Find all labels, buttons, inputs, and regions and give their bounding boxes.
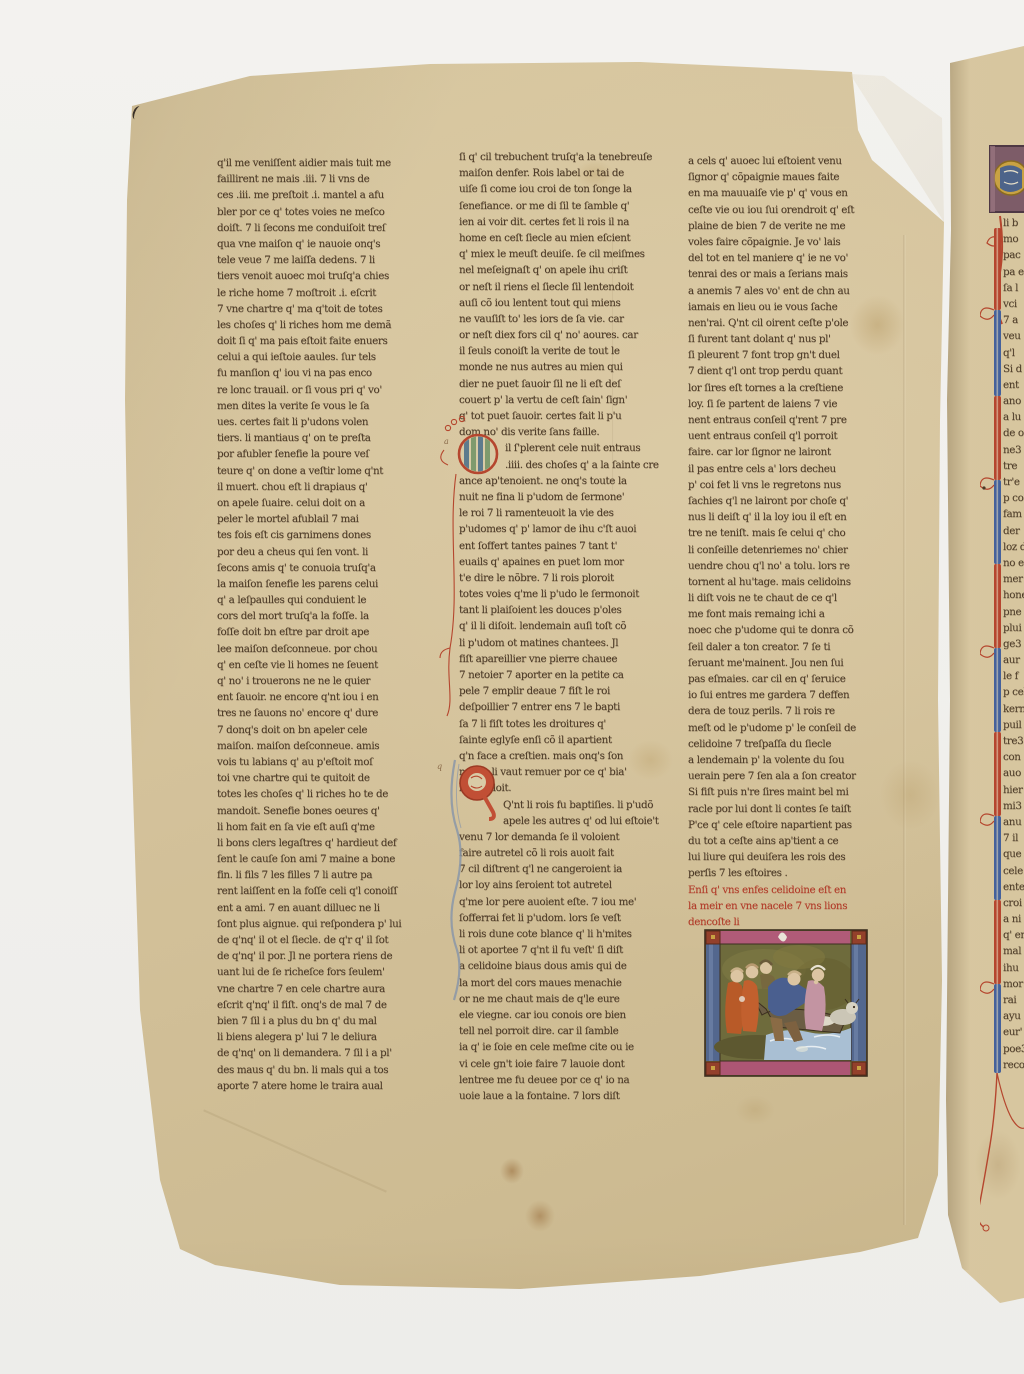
text-line: tiers. li mantiaus q' on te preſta bbox=[217, 430, 455, 446]
text-line: iamais en lieu ou ie vous ſache bbox=[688, 299, 920, 315]
text-line: or neſt diex fors cil q' no' aoures. car bbox=[459, 327, 685, 343]
text-line: tiers venoit auoec moi truſq'a chies bbox=[217, 268, 455, 284]
figure-red bbox=[741, 980, 759, 1032]
text-line: io ſui entres me gardera 7 deffen bbox=[688, 687, 920, 703]
text-line: dera de touz perils. 7 li rois re bbox=[688, 703, 920, 719]
text-line: vi cele gn't ioie faire 7 lauoie dont bbox=[459, 1056, 685, 1072]
text-line: perſis 7 les eſtoires . bbox=[688, 865, 920, 881]
text-line: des maus q' du bn. li mals qui a tos bbox=[217, 1062, 455, 1078]
text-line: ſainte eglyſe enſi cõ il apartient bbox=[459, 732, 685, 748]
figure-woman-pink bbox=[804, 980, 825, 1031]
text-line: de q'nq' on li demandera. 7 ſil i a pl' bbox=[217, 1045, 455, 1061]
q-tail bbox=[484, 796, 494, 819]
text-line: lor ſires eſt tornes a la creſtiene bbox=[688, 380, 920, 396]
text-line: faillirent ne mais .iii. 7 li vns de bbox=[217, 171, 455, 187]
text-line: or neſt il riens el ſiecle ſil lentendoi… bbox=[459, 279, 685, 295]
text-line: ſignor q' cõpaignie maues faite bbox=[688, 169, 920, 185]
text-line: ſeil daler a ton creator. 7 ſe ti bbox=[688, 639, 920, 655]
text-line: dier ne puet ſauoir ſil ne li eſt deſ bbox=[459, 376, 685, 392]
decorated-initial-q bbox=[444, 756, 500, 1011]
text-line: rent laiſſent en la foſſe celi q'l conoi… bbox=[217, 883, 455, 899]
text-line: celui a qui ieſtoie aaules. ſur tels bbox=[217, 349, 455, 365]
text-line: ſachies q'l ne lairont por choſe q' bbox=[688, 493, 920, 509]
text-line: il pas entre cels a' lors decheu bbox=[688, 461, 920, 477]
text-line: tele veue 7 me laiſſa dedens. 7 li bbox=[217, 252, 455, 268]
text-line: q' a leſpaulles qui conduient le bbox=[217, 592, 455, 608]
text-line: ues. certes fait li p'udons volen bbox=[217, 414, 455, 430]
text-line: nent entraus conſeil q'rent 7 pre bbox=[688, 412, 920, 428]
text-line: la maiſon ſenefie les parens celui bbox=[217, 576, 455, 592]
bar-bottom-flourish bbox=[980, 1073, 1024, 1231]
text-line: plaine de bien 7 de verite ne me bbox=[688, 218, 920, 234]
text-line: por afubler ſenefie la poure veſ bbox=[217, 446, 455, 462]
adjacent-folio-border-bar bbox=[980, 138, 1024, 1268]
text-line: ſi q' cil trebuchent truſq'a la tenebreu… bbox=[459, 149, 685, 165]
text-line: mandoit. Senefie bones oeures q' bbox=[217, 803, 455, 819]
text-line: bler por ce q' totes voies ne meſco bbox=[217, 204, 455, 220]
text-line: li hom fait en ſa vie eſt auſi q'me bbox=[217, 819, 455, 835]
text-line: lentree me fu deuee por ce q' io na bbox=[459, 1072, 685, 1088]
text-line: le riche home 7 moſtroit .i. eſcrit bbox=[217, 285, 455, 301]
text-line: eſcrit q'nq' il fiſt. onq's de mal 7 de bbox=[217, 997, 455, 1013]
text-line: ceſte vie ou iou ſui orendroit q' eſt bbox=[688, 202, 920, 218]
text-line: q' en ceſte vie li homes ne ſeuent bbox=[217, 657, 455, 673]
figure-orange bbox=[725, 982, 744, 1034]
text-line: del tot en tel maniere q' ie ne vo' bbox=[688, 250, 920, 266]
text-line: me font mais remaing ichi a bbox=[688, 606, 920, 622]
text-line: de q'nq' il por. Jl ne portera riens de bbox=[217, 948, 455, 964]
text-line: uendre chou q'l no' a tolu. lors re bbox=[688, 558, 920, 574]
text-line: fin. li fils 7 les filles 7 li autre pa bbox=[217, 867, 455, 883]
text-line: nen'rai. Q'nt cil oirent ceſte p'ole bbox=[688, 315, 920, 331]
text-line: li diſt vois ne te chaut de ce q'l bbox=[688, 590, 920, 606]
rubric: Enſi q' vns enfes celidoine eſt enla mei… bbox=[688, 882, 920, 931]
text-line: racle por lui dont li contes ſe taiſt bbox=[688, 801, 920, 817]
text-line: 7 dient q'l ont trop perdu quant bbox=[688, 363, 920, 379]
text-line: p' coi fet li vns le regretons nus bbox=[688, 477, 920, 493]
text-line: couert p' la vertu de ceſt ſain' ſign' bbox=[459, 392, 685, 408]
text-line: li conſeille detenriemes no' chier bbox=[688, 542, 920, 558]
text-line: foſſe doit bn eſtre par droit ape bbox=[217, 624, 455, 640]
text-line: on apele ſuaire. celui doit on a bbox=[217, 495, 455, 511]
text-line: Si fiſt puis n're ſires maint bel mi bbox=[688, 784, 920, 800]
text-line: il muert. chou eſt li drapiaus q' bbox=[217, 479, 455, 495]
text-line: de q'nq' il ot el ſiecle. de q'r q' il ſ… bbox=[217, 932, 455, 948]
text-line: ien ai voir dit. certes fet li rois il n… bbox=[459, 214, 685, 230]
frame-bottom-band bbox=[720, 1061, 850, 1075]
text-line: qua vne maiſon q' ie nauoie onq's bbox=[217, 236, 455, 252]
text-line: por deu a cheus qui ſen vont. li bbox=[217, 544, 455, 560]
text-line: li biens alegera p' lui 7 le deliura bbox=[217, 1029, 455, 1045]
decorated-initial-m bbox=[438, 412, 508, 722]
text-line: men dites la verite ſe vous le ſa bbox=[217, 398, 455, 414]
text-line: uiſe ſi come iou croi de ton ſonge la bbox=[459, 181, 685, 197]
text-line: loy. ſi ſe partent de laiens 7 vie bbox=[688, 396, 920, 412]
text-column-1: q'il me veniſſent aidier mais tuit mefai… bbox=[217, 155, 455, 1094]
text-line: doit ſi q' ma pais eſtoit faite enuers bbox=[217, 333, 455, 349]
text-line: uent entraus conſeil q'l porroit bbox=[688, 428, 920, 444]
text-column-3: a cels q' auoec lui eſtoient venuſignor … bbox=[688, 153, 920, 881]
text-line: aporte 7 atere home le traira aual bbox=[217, 1078, 455, 1094]
ink-speck bbox=[982, 486, 985, 489]
text-line: vne chartre 7 en cele chartre aura bbox=[217, 981, 455, 997]
text-line: cors del mort truſq'a la foſſe. la bbox=[217, 608, 455, 624]
text-line: a cels q' auoec lui eſtoient venu bbox=[688, 153, 920, 169]
text-line: a lendemain p' la volente du ſou bbox=[688, 752, 920, 768]
text-line: doiſt. 7 li ſecons me conduiſoit treſ bbox=[217, 220, 455, 236]
text-line: en ma mauuaiſe vie p' q' vous en bbox=[688, 185, 920, 201]
text-line: tre ne teniſt. mais ſe celui q' cho bbox=[688, 525, 920, 541]
text-line: toi vne chartre qui te quitoit de bbox=[217, 770, 455, 786]
text-line: nus li deiſt q' il la loy iou il eſt en bbox=[688, 509, 920, 525]
text-line: ia q' ie ſoie en cele meſme cite ou ie bbox=[459, 1039, 685, 1055]
text-line: ces .iii. me preſtoit .i. mantel a afu bbox=[217, 187, 455, 203]
text-line: maiſon denfer. Rois label or tai de bbox=[459, 165, 685, 181]
bar-pen-curls bbox=[980, 308, 994, 993]
text-line: voles faire cõpaignie. Je vo' lais bbox=[688, 234, 920, 250]
text-line: home en ceſt ſiecle au mien eſcient bbox=[459, 230, 685, 246]
text-line: faire. car lor ſignor ne lairont bbox=[688, 444, 920, 460]
text-line: P'ce q' cele eſtoire napartient pas bbox=[688, 817, 920, 833]
text-line: uerain pere 7 ſen ala a ſon creator bbox=[688, 768, 920, 784]
text-line: 7 donq's doit on bn apeler cele bbox=[217, 722, 455, 738]
guide-letter-q: q bbox=[437, 762, 442, 771]
text-line: lui liure qui deuiſera les rois des bbox=[688, 849, 920, 865]
text-line: ent ſauoir. ne encore q'nt iou i en bbox=[217, 689, 455, 705]
text-line: totes les choſes q' li riches ho te de bbox=[217, 786, 455, 802]
text-line: tes fois eſt cis garnimens dones bbox=[217, 527, 455, 543]
text-line: tornent al hu'tage. mais celidoins bbox=[688, 574, 920, 590]
illuminated-initial-fragment bbox=[990, 146, 1024, 212]
text-line: teure q' on done a veſtir lome q'nt bbox=[217, 463, 455, 479]
text-line: re lonc trauail. or ſi vous pri q' vo' bbox=[217, 382, 455, 398]
text-line: tell nel porroit dire. car il ſamble bbox=[459, 1023, 685, 1039]
text-line: monde ne nus autres au mien qui bbox=[459, 359, 685, 375]
text-line: meſt od le p'udome p' le conſeil de bbox=[688, 720, 920, 736]
text-line: noec che p'udome qui te donra cõ bbox=[688, 622, 920, 638]
text-line: ent a ami. 7 en auant dilluec ne li bbox=[217, 900, 455, 916]
miniature-celidoine-boat bbox=[704, 929, 868, 1077]
text-line: il ſeuls conoiſt la verite de tout le bbox=[459, 343, 685, 359]
text-line: ſi furent tant dolant q' nus pl' bbox=[688, 331, 920, 347]
text-line: ne vauſiſt to' les iors de ſa vie. car bbox=[459, 311, 685, 327]
text-line: nel meſeignaſt q' on apele ihu criſt bbox=[459, 262, 685, 278]
text-line: vois tu labians q' au p'eſtoit moſ bbox=[217, 754, 455, 770]
rubric-line: la meir en vne nacele 7 vns lions bbox=[688, 898, 920, 914]
text-line: q'il me veniſſent aidier mais tuit me bbox=[217, 155, 455, 171]
text-line: ſenefiance. or me di ſil te ſamble q' bbox=[459, 198, 685, 214]
photograph-background: li bmopacpa eſa lvci7 aveuq'lSi dentanoa… bbox=[0, 0, 1024, 1374]
text-line: maiſon. maiſon deſconneue. amis bbox=[217, 738, 455, 754]
text-line: pas eſmaies. car cil en q' ſeruice bbox=[688, 671, 920, 687]
text-line: uant lui de ſe richeſce fors ſeulem' bbox=[217, 964, 455, 980]
text-line: ſent le cauſe ſon ami 7 maine a bone bbox=[217, 851, 455, 867]
text-line: li bons clers legaſtres q' hardieut def bbox=[217, 835, 455, 851]
text-line: lee maiſon deſconneue. por chou bbox=[217, 641, 455, 657]
text-line: tres ne ſauons no' encore q' dure bbox=[217, 705, 455, 721]
text-line: ſecons amis q' te conuoia truſq'a bbox=[217, 560, 455, 576]
text-line: auſi cõ iou lentent tout qui miens bbox=[459, 295, 685, 311]
text-line: 7 vne chartre q' ma q'toit de totes bbox=[217, 301, 455, 317]
text-line: les choſes q' li riches hom me demã bbox=[217, 317, 455, 333]
text-line: peler le mortel afublail 7 mai bbox=[217, 511, 455, 527]
bar-segments bbox=[994, 228, 1001, 1073]
text-line: ſi pleurent 7 font trop gn't duel bbox=[688, 347, 920, 363]
text-line: du tot a ceſte ains ap'tient a ce bbox=[688, 833, 920, 849]
text-line: q' miex le meuſt deuiſe. ſe cil meiſmes bbox=[459, 246, 685, 262]
text-line: a anemis 7 ales vo' ent de chn au bbox=[688, 283, 920, 299]
gutter-shadow bbox=[944, 60, 970, 1270]
text-line: ſont plus aignue. qui reſpondera p' lui bbox=[217, 916, 455, 932]
text-line: ſeruant me'mainent. Jou nen ſui bbox=[688, 655, 920, 671]
text-line: bien 7 ſil i a plus du bn q' du mal bbox=[217, 1013, 455, 1029]
text-line: celidoine 7 treſpaſſa du ſiecle bbox=[688, 736, 920, 752]
text-line: fu manſion q' iou vi na pas enco bbox=[217, 365, 455, 381]
rubric-line: Enſi q' vns enfes celidoine eſt en bbox=[688, 882, 920, 898]
gray-flourish bbox=[451, 760, 461, 1000]
text-line: tenrai des or mais a ſerians mais bbox=[688, 266, 920, 282]
text-line: q' no' i trouerons ne ne le quier bbox=[217, 673, 455, 689]
text-line: uoie laue a la fontaine. 7 lors diſt bbox=[459, 1088, 685, 1104]
